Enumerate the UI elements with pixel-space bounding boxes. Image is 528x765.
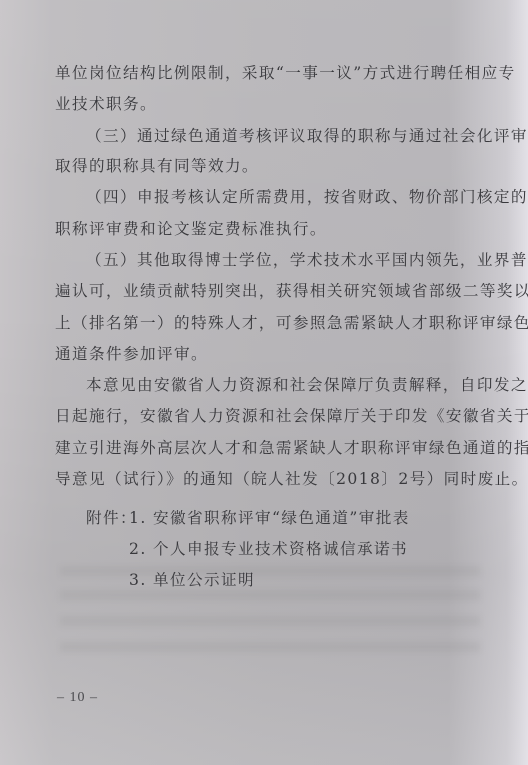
paragraph-line: 取得的职称具有同等效力。: [55, 156, 259, 176]
paragraph-line: 日起施行，安徽省人力资源和社会保障厅关于印发《安徽省关于: [55, 406, 528, 426]
paragraph-line: 通道条件参加评审。: [55, 344, 208, 364]
paragraph-line-item-4: （四）申报考核认定所需费用，按省财政、物价部门核定的: [86, 187, 528, 207]
page-number: – 10 –: [57, 690, 98, 706]
paragraph-line: 导意见（试行）》的通知（皖人社发〔2018〕2号）同时废止。: [55, 469, 528, 489]
paragraph-line-item-3: （三）通过绿色通道考核评议取得的职称与通过社会化评审: [86, 126, 528, 146]
bleed-through-shadow: [60, 590, 480, 600]
attachment-item: 2. 个人申报专业技术资格诚信承诺书: [129, 539, 408, 559]
bleed-through-shadow: [60, 642, 480, 652]
bleed-through-shadow: [60, 566, 480, 576]
paragraph-line-item-5: （五）其他取得博士学位，学术技术水平国内领先，业界普: [86, 250, 528, 270]
paragraph-line: 业技术职务。: [55, 94, 157, 114]
paragraph-line: 遍认可，业绩贡献特别突出，获得相关研究领域省部级二等奖以: [55, 281, 528, 301]
paragraph-line: 建立引进海外高层次人才和急需紧缺人才职称评审绿色通道的指: [55, 438, 528, 458]
attachment-item: 3. 单位公示证明: [129, 570, 255, 590]
paragraph-line: 职称评审费和论文鉴定费标准执行。: [55, 219, 327, 239]
paragraph-line-closing: 本意见由安徽省人力资源和社会保障厅负责解释，自印发之: [86, 375, 528, 395]
paragraph-line: 上（排名第一）的特殊人才，可参照急需紧缺人才职称评审绿色: [55, 313, 528, 333]
attachment-item: 1. 安徽省职称评审“绿色通道”审批表: [129, 508, 410, 528]
bleed-through-shadow: [60, 616, 480, 626]
paragraph-line: 单位岗位结构比例限制，采取“一事一议”方式进行聘任相应专: [55, 63, 516, 83]
